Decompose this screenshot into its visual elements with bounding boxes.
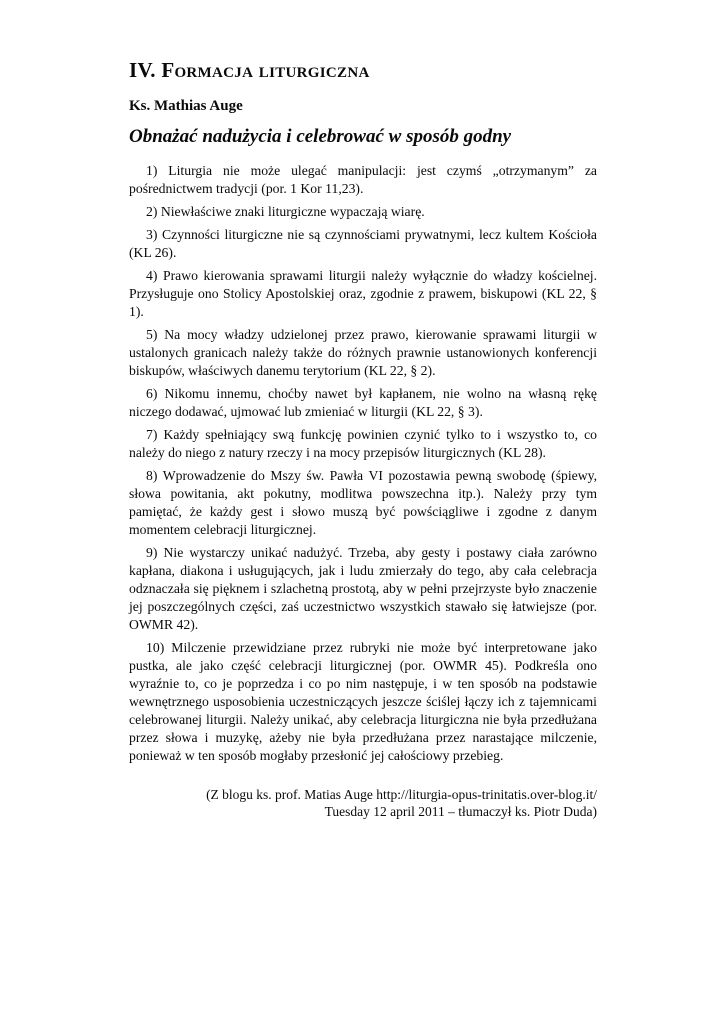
article-body: 1) Liturgia nie może ulegać manipulacji:… bbox=[129, 162, 597, 765]
paragraph-10: 10) Milczenie przewidziane przez rubryki… bbox=[129, 639, 597, 765]
author-line: Ks. Mathias Auge bbox=[129, 97, 597, 115]
attribution-block: (Z blogu ks. prof. Matias Auge http://li… bbox=[129, 786, 597, 820]
attribution-date-line: Tuesday 12 april 2011 – tłumaczył ks. Pi… bbox=[129, 803, 597, 820]
paragraph-8: 8) Wprowadzenie do Mszy św. Pawła VI poz… bbox=[129, 467, 597, 539]
paragraph-6: 6) Nikomu innemu, choćby nawet był kapła… bbox=[129, 385, 597, 421]
section-title: IV. Formacja liturgiczna bbox=[129, 58, 597, 82]
paragraph-9: 9) Nie wystarczy unikać nadużyć. Trzeba,… bbox=[129, 544, 597, 634]
document-content: IV. Formacja liturgiczna Ks. Mathias Aug… bbox=[129, 58, 597, 820]
paragraph-7: 7) Każdy spełniający swą funkcję powinie… bbox=[129, 426, 597, 462]
paragraph-2: 2) Niewłaściwe znaki liturgiczne wypacza… bbox=[129, 203, 597, 221]
paragraph-3: 3) Czynności liturgiczne nie są czynnośc… bbox=[129, 226, 597, 262]
attribution-source-line: (Z blogu ks. prof. Matias Auge http://li… bbox=[129, 786, 597, 803]
paragraph-5: 5) Na mocy władzy udzielonej przez prawo… bbox=[129, 326, 597, 380]
paragraph-4: 4) Prawo kierowania sprawami liturgii na… bbox=[129, 267, 597, 321]
paragraph-1: 1) Liturgia nie może ulegać manipulacji:… bbox=[129, 162, 597, 198]
document-page: IV. Formacja liturgiczna Ks. Mathias Aug… bbox=[0, 0, 724, 1024]
article-title: Obnażać nadużycia i celebrować w sposób … bbox=[129, 126, 597, 149]
